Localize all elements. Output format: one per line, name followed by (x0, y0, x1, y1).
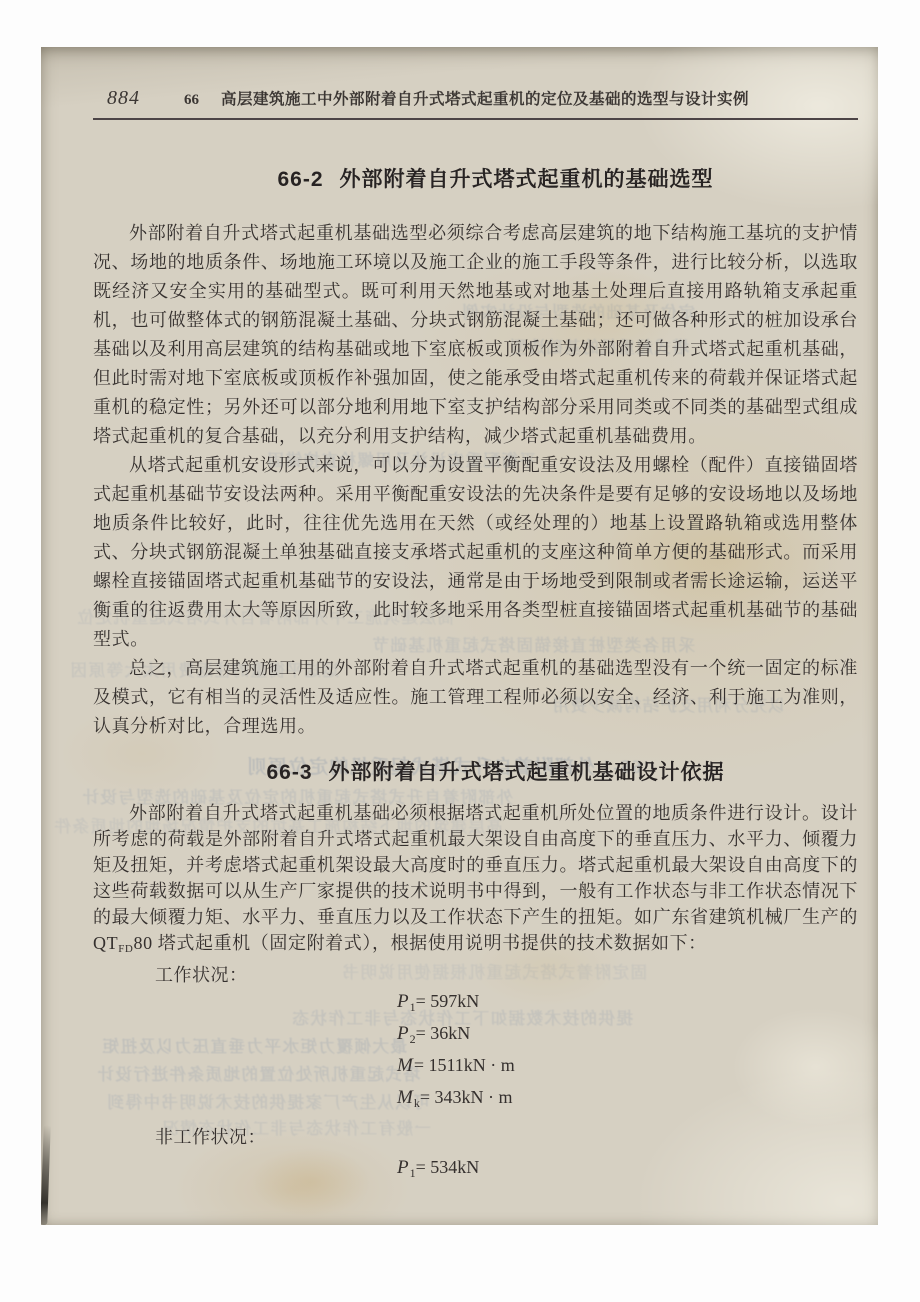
paragraph-text: 80 塔式起重机（固定附着式），根据使用说明书提供的技术数据如下： (133, 933, 706, 953)
value: = 1511kN · m (414, 1055, 515, 1075)
nonworking-load-values: P1= 534kN (93, 1154, 858, 1186)
variable: P (397, 1023, 409, 1044)
header-rule (93, 118, 858, 120)
section-66-2-body: 外部附着自升式塔式起重机基础选型必须综合考虑高层建筑的地下结构施工基坑的支护情况… (93, 219, 858, 741)
chapter-number: 66 (184, 92, 199, 109)
page-edge-shadow (41, 1125, 51, 1225)
paragraph: 外部附着自升式塔式起重机基础必须根据塔式起重机所处位置的地质条件进行设计。设计所… (93, 800, 858, 962)
working-condition-label: 工作状况： (93, 962, 858, 988)
photo-backdrop: 定位及基础的选型与设计实例 塔式起重机的基础选型 平衡配重安设法及用螺栓直接锚固… (0, 0, 920, 1302)
value: = 534kN (416, 1157, 480, 1177)
page-header: 884 66 高层建筑施工中外部附着自升式塔式起重机的定位及基础的选型与设计实例 (93, 87, 858, 111)
nonworking-condition-label: 非工作状况： (93, 1124, 858, 1150)
variable: P (397, 991, 409, 1012)
section-heading-66-3: 66-3外部附着自升式塔式起重机基础设计依据 (93, 759, 858, 787)
variable: M (397, 1087, 413, 1108)
section-title: 外部附着自升式塔式起重机的基础选型 (340, 168, 714, 191)
section-66-3-body: 外部附着自升式塔式起重机基础必须根据塔式起重机所处位置的地质条件进行设计。设计所… (93, 800, 858, 962)
page-content: 884 66 高层建筑施工中外部附着自升式塔式起重机的定位及基础的选型与设计实例… (93, 47, 858, 1186)
section-number: 66-3 (266, 761, 312, 784)
formula-m-working: M= 1511kN · m (397, 1052, 858, 1084)
paragraph: 总之，高层建筑施工用的外部附着自升式塔式起重机的基础选型没有一个统一固定的标准及… (93, 654, 858, 741)
formula-p2-working: P2= 36kN (397, 1020, 858, 1052)
crane-model-subscript: FD (118, 943, 133, 955)
paragraph: 外部附着自升式塔式起重机基础选型必须综合考虑高层建筑的地下结构施工基坑的支护情况… (93, 219, 858, 451)
working-load-values: P1= 597kN P2= 36kN M= 1511kN · m Mk= 343… (93, 988, 858, 1116)
variable: P (397, 1157, 409, 1178)
formula-p1-nonworking: P1= 534kN (397, 1154, 858, 1186)
section-number: 66-2 (277, 168, 323, 191)
section-heading-66-2: 66-2外部附着自升式塔式起重机的基础选型 (93, 165, 858, 195)
paragraph-text: 外部附着自升式塔式起重机基础必须根据塔式起重机所处位置的地质条件进行设计。设计所… (93, 803, 858, 953)
paragraph: 从塔式起重机安设形式来说，可以分为设置平衡配重安设法及用螺栓（配件）直接锚固塔式… (93, 451, 858, 654)
value: = 597kN (416, 991, 480, 1011)
variable: M (397, 1055, 413, 1076)
value: = 343kN · m (420, 1087, 513, 1107)
value: = 36kN (416, 1023, 471, 1043)
running-title: 高层建筑施工中外部附着自升式塔式起重机的定位及基础的选型与设计实例 (221, 87, 749, 109)
page-number: 884 (107, 87, 140, 110)
section-title: 外部附着自升式塔式起重机基础设计依据 (329, 761, 725, 784)
formula-mk-working: Mk= 343kN · m (397, 1084, 858, 1116)
formula-p1-working: P1= 597kN (397, 988, 858, 1020)
book-page: 定位及基础的选型与设计实例 塔式起重机的基础选型 平衡配重安设法及用螺栓直接锚固… (41, 47, 878, 1225)
